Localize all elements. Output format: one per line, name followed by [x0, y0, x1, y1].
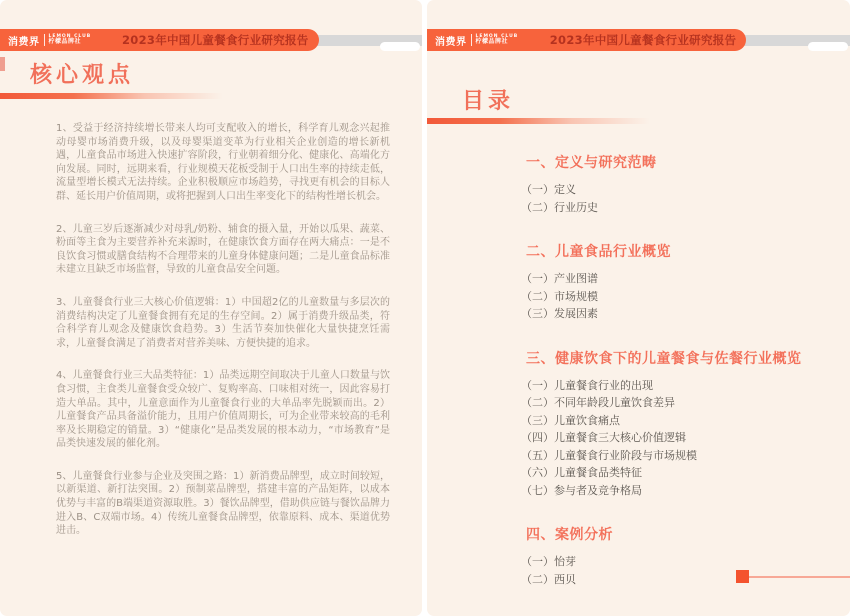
- page-title-toc: 目录: [462, 84, 514, 115]
- toc-item: （三）发展因素: [521, 305, 830, 323]
- toc-item: （六）儿童餐食品类特征: [521, 464, 830, 482]
- toc-section-heading: 三、健康饮食下的儿童餐食与佐餐行业概览: [526, 348, 830, 368]
- logo-divider: [471, 34, 472, 46]
- page-header: 消费界 LEMON CLUB 柠檬品牌社 2023年中国儿童餐食行业研究报告: [0, 29, 422, 51]
- footer-mark: [427, 570, 850, 583]
- logo-subtext: LEMON CLUB 柠檬品牌社: [476, 34, 519, 46]
- header-white-pill: [808, 42, 848, 51]
- report-title: 2023年中国儿童餐食行业研究报告: [122, 32, 309, 48]
- toc-item: （四）儿童餐食三大核心价值逻辑: [521, 429, 830, 447]
- body-paragraph: 4、儿童餐食行业三大品类特征：1）品类远期空间取决于儿童人口数量与饮食习惯，主食…: [56, 369, 390, 451]
- logo-divider: [44, 34, 45, 46]
- toc-item: （五）儿童餐食行业阶段与市场规模: [521, 447, 830, 465]
- body-paragraph: 3、儿童餐食行业三大核心价值逻辑：1）中国超2亿的儿童数量与多层次的消费结构决定…: [56, 296, 390, 350]
- toc-item: （一）儿童餐食行业的出现: [521, 377, 830, 395]
- toc-section-heading: 二、儿童食品行业概览: [526, 241, 830, 261]
- logo-subtext: LEMON CLUB 柠檬品牌社: [49, 34, 92, 46]
- body-paragraph: 2、儿童三岁后逐渐减少对母乳/奶粉、辅食的摄入量，开始以瓜果、蔬菜、粉面等主食为…: [56, 223, 390, 277]
- brand-logo: 消费界 LEMON CLUB 柠檬品牌社: [8, 33, 91, 48]
- toc-section-heading: 四、案例分析: [526, 524, 830, 544]
- logo-cn-text: 消费界: [435, 33, 467, 48]
- header-white-pill: [380, 42, 420, 51]
- toc-list: 一、定义与研究范畴（一）定义（二）行业历史二、儿童食品行业概览（一）产业图谱（二…: [521, 152, 830, 613]
- toc-item: （二）行业历史: [521, 199, 830, 217]
- body-paragraph: 1、受益于经济持续增长带来人均可支配收入的增长，科学育儿观念兴起推动母婴市场消费…: [56, 122, 390, 204]
- edge-accent-mark: [0, 57, 5, 71]
- page-header: 消费界 LEMON CLUB 柠檬品牌社 2023年中国儿童餐食行业研究报告: [427, 29, 850, 51]
- logo-cn2-text: 柠檬品牌社: [476, 39, 519, 46]
- footer-line: [749, 576, 850, 578]
- report-title: 2023年中国儿童餐食行业研究报告: [550, 32, 737, 48]
- header-orange-bar: 消费界 LEMON CLUB 柠檬品牌社 2023年中国儿童餐食行业研究报告: [427, 29, 746, 51]
- toc-item: （一）怡芽: [521, 553, 830, 571]
- report-spread: 消费界 LEMON CLUB 柠檬品牌社 2023年中国儿童餐食行业研究报告 核…: [0, 0, 850, 616]
- toc-item: （一）产业图谱: [521, 270, 830, 288]
- logo-cn-text: 消费界: [8, 33, 40, 48]
- core-views-body: 1、受益于经济持续增长带来人均可支配收入的增长，科学育儿观念兴起推动母婴市场消费…: [56, 122, 390, 557]
- footer-square-icon: [736, 570, 749, 583]
- toc-section: 一、定义与研究范畴（一）定义（二）行业历史: [521, 152, 830, 216]
- brand-logo: 消费界 LEMON CLUB 柠檬品牌社: [435, 33, 518, 48]
- body-paragraph: 5、儿童餐食行业参与企业及突围之路：1）新消费品牌型，成立时间较短，以新渠道、新…: [56, 470, 390, 538]
- page-title-core-views: 核心观点: [30, 58, 134, 89]
- page-core-views: 消费界 LEMON CLUB 柠檬品牌社 2023年中国儿童餐食行业研究报告 核…: [0, 0, 422, 616]
- logo-cn2-text: 柠檬品牌社: [49, 39, 92, 46]
- title-underline: [0, 93, 262, 99]
- header-orange-bar: 消费界 LEMON CLUB 柠檬品牌社 2023年中国儿童餐食行业研究报告: [0, 29, 319, 51]
- toc-section: 三、健康饮食下的儿童餐食与佐餐行业概览（一）儿童餐食行业的出现（二）不同年龄段儿…: [521, 348, 830, 500]
- toc-item: （一）定义: [521, 181, 830, 199]
- title-underline: [427, 118, 689, 124]
- toc-item: （二）不同年龄段儿童饮食差异: [521, 394, 830, 412]
- toc-section: 二、儿童食品行业概览（一）产业图谱（二）市场规模（三）发展因素: [521, 241, 830, 323]
- toc-item: （三）儿童饮食痛点: [521, 412, 830, 430]
- page-toc: 消费界 LEMON CLUB 柠檬品牌社 2023年中国儿童餐食行业研究报告 目…: [427, 0, 850, 616]
- toc-item: （二）市场规模: [521, 288, 830, 306]
- toc-section-heading: 一、定义与研究范畴: [526, 152, 830, 172]
- toc-item: （七）参与者及竞争格局: [521, 482, 830, 500]
